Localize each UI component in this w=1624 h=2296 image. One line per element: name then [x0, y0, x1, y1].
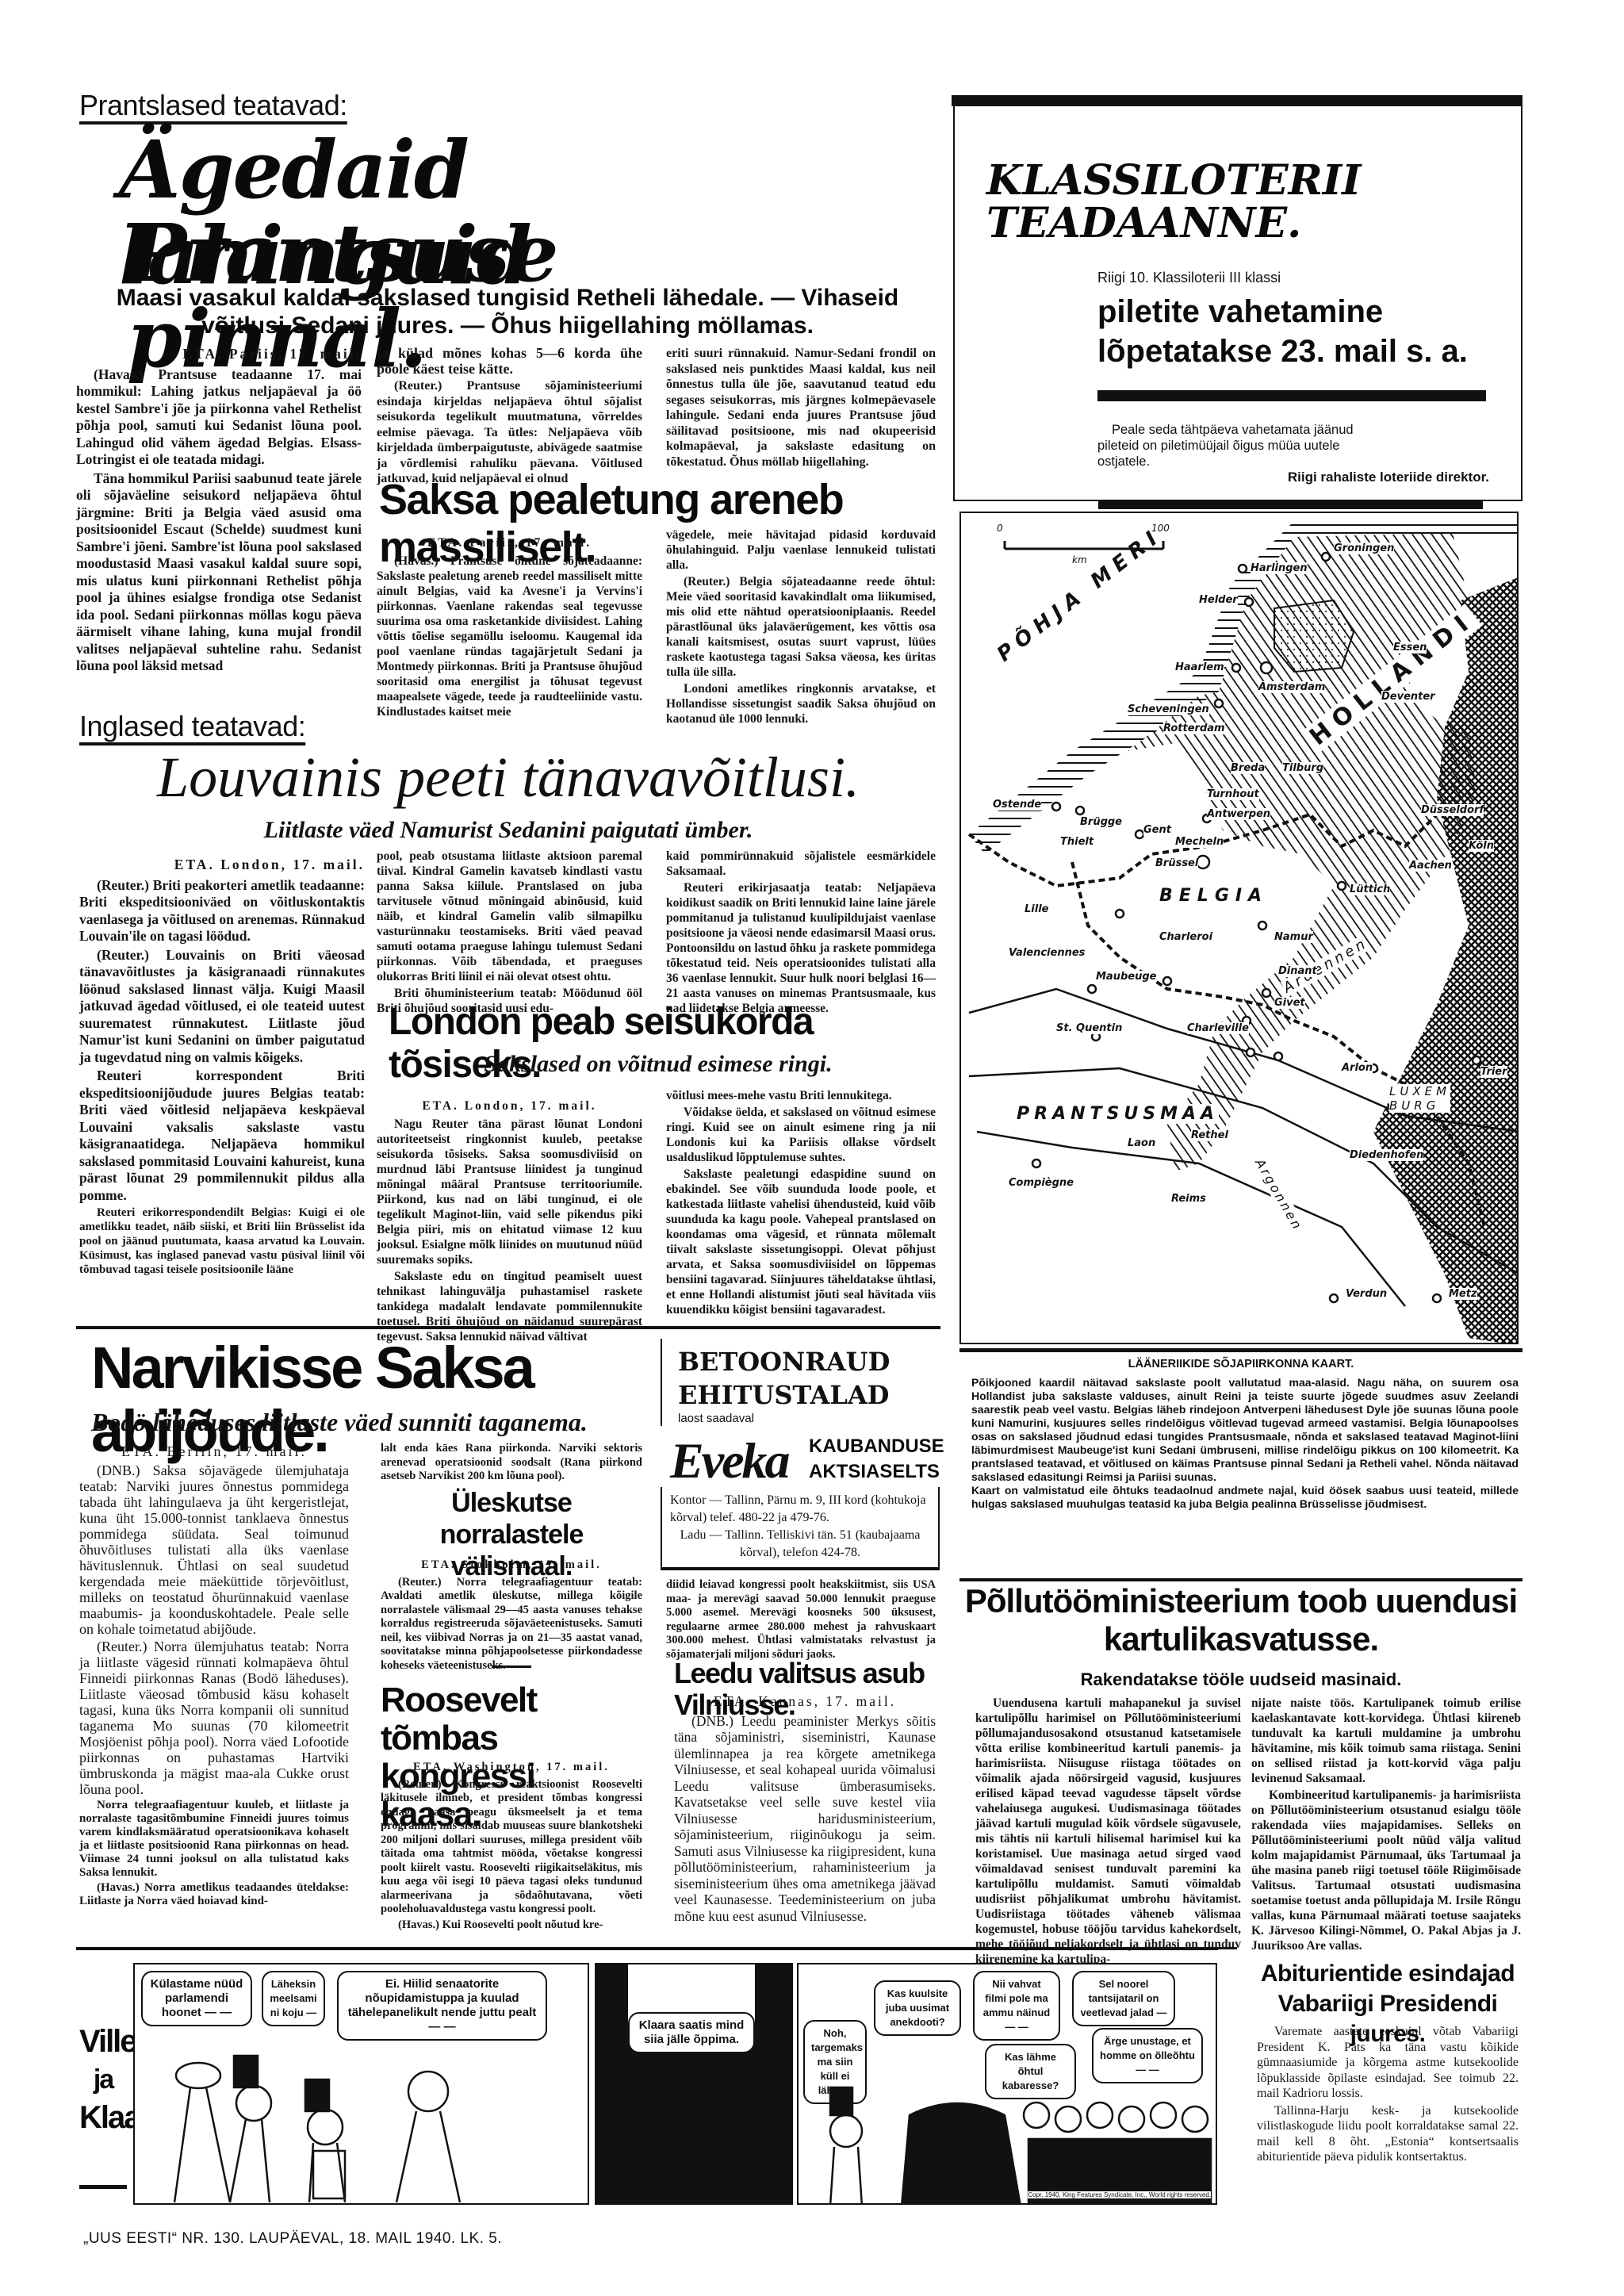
subhead-potato: Rakendatakse tööle uudseid masinaid.	[959, 1669, 1522, 1690]
city-label: Charleroi	[1159, 930, 1212, 944]
dateline: ETA. London, 17. mail.	[377, 1098, 642, 1114]
paragraph: (Reuter.) Louvainis on Briti väeosad tän…	[79, 947, 365, 1067]
ad-lottery-intro: Riigi 10. Klassiloterii III klassi	[1097, 270, 1281, 286]
city-label: Essen	[1393, 640, 1427, 654]
dateline: ETA. Stokholm, 17. mail.	[381, 1558, 642, 1573]
comic-title-3: Klaara	[79, 2099, 127, 2137]
paragraph: (Reuter.) Belgia sõjateadaanne reede õht…	[666, 574, 936, 680]
article-roosevelt-col2: diidid leiavad kongressi poolt heakskiit…	[666, 1578, 936, 1663]
article-graduates: Varemate aastate eeskujul võtab Vabariig…	[1257, 2024, 1519, 2167]
ad-lottery-bar	[1097, 390, 1486, 401]
city-label: Trier	[1480, 1064, 1507, 1079]
ad-lottery-title-1: KLASSILOTERII	[986, 159, 1361, 203]
city-label: Brüssel	[1155, 856, 1198, 870]
ad-concrete-logo: Eveka	[670, 1432, 788, 1490]
headline-potato-2: kartulikasvatusse.	[959, 1620, 1522, 1658]
ad-company-1: KAUBANDUSE	[809, 1434, 944, 1459]
paragraph: ja külad mõnes kohas 5—6 korda ühe poole…	[377, 346, 642, 377]
city-label: Thielt	[1060, 834, 1094, 849]
paragraph: vägedele, meie hävitajad pidasid korduva…	[666, 527, 936, 573]
paragraph: (Havas.) Prantsuse õhtune sõjateadaanne:…	[377, 554, 642, 719]
paragraph: Kombineeritud kartulipanemis- ja harimis…	[1251, 1788, 1521, 1953]
comic-title-rule	[79, 2185, 127, 2189]
ad-lottery: KLASSILOTERII TEADAANNE. Riigi 10. Klass…	[953, 105, 1522, 501]
article-roosevelt-col1: ETA. Washington, 17. mail. (Reuter.) Kon…	[381, 1761, 642, 1934]
dateline: ETA. Kaunas, 17. mail.	[674, 1693, 936, 1710]
paragraph: (Havas.) Prantsuse teadaanne 17. mai hom…	[76, 366, 362, 469]
city-label: Lüttich	[1350, 882, 1390, 896]
headline-potato: Põllutööministeerium toob uuendusi kartu…	[959, 1582, 1522, 1658]
paragraph: Sakslaste edu on tingitud peamiselt uues…	[377, 1269, 642, 1344]
paragraph: (Havas.) Norra ametlikus teadaandes ütel…	[79, 1881, 349, 1908]
city-label: Aachen	[1409, 858, 1452, 872]
dateline: ETA. Berliin, 17. mail.	[79, 1443, 349, 1459]
city-label: Charleville	[1187, 1021, 1249, 1035]
speech-bubble: Külastame nüüd parlamendi hoonet — —	[141, 1971, 252, 2026]
comic-panel-2: Klaara saatis mind siia jälle õppima.	[595, 1963, 793, 2205]
city-label: Namur	[1274, 930, 1313, 944]
paragraph: (Reuter.) Norra ülemjuhatus teatab: Norr…	[79, 1639, 349, 1797]
dateline: ETA. Washington, 17. mail.	[381, 1761, 642, 1775]
speech-bubble: Läheksin meelsami ni koju —	[262, 1971, 325, 2026]
city-label: Metz	[1449, 1286, 1477, 1301]
city-label: Helder	[1199, 592, 1238, 607]
speech-bubble: Ärge unustage, et homme on õlleõhtu — —	[1092, 2028, 1203, 2083]
ad-lottery-headline-2: lõpetatakse 23. mail s. a.	[1097, 333, 1468, 370]
paragraph: lalt enda käes Rana piirkonda. Narviki s…	[381, 1442, 642, 1484]
paragraph: pool, peab otsustama liitlaste aktsioon …	[377, 849, 642, 984]
city-label: Tilburg	[1282, 761, 1323, 775]
city-label: Deventer	[1381, 689, 1435, 703]
map-caption: Põikjooned kaardil näitavad sakslaste po…	[971, 1376, 1519, 1511]
paragraph: (Reuter.) Kongressi reaktsioonist Roosev…	[381, 1778, 642, 1917]
ad-concrete-address: Kontor — Tallinn, Pärnu m. 9, III kord (…	[661, 1487, 940, 1570]
section-rule	[76, 1326, 940, 1329]
paragraph: (Reuter.) Briti peakorteri ametlik teada…	[79, 877, 365, 945]
article-london-col2: võitlusi mees-mehe vastu Briti lennukite…	[666, 1088, 936, 1319]
city-label: Laon	[1128, 1136, 1155, 1150]
article-britain-col3: kaid pommirünnakuid sõjalistele eesmärki…	[666, 849, 936, 1018]
comic-title: Villem ja Klaara	[79, 2022, 127, 2137]
paragraph: Sakslaste pealetungi edaspidine suund on…	[666, 1167, 936, 1317]
speech-bubble: Kas kuulsite juba uusimat anekdooti?	[874, 1980, 961, 2036]
kicker-france: Prantslased teatavad:	[79, 89, 347, 122]
article-massive-col2: vägedele, meie hävitajad pidasid korduva…	[666, 527, 936, 728]
city-label: Gent	[1143, 822, 1171, 837]
ad-address-2: Ladu — Tallinn. Telliskivi tän. 51 (kaub…	[670, 1527, 930, 1562]
subhead-france: Maasi vasakul kaldal sakslased tungisid …	[79, 284, 936, 339]
comic-copyright: Copr. 1940, King Features Syndicate, Inc…	[1028, 2191, 1211, 2198]
city-label: Amsterdam	[1258, 680, 1325, 694]
article-britain-col2: pool, peab otsustama liitlaste aktsioon …	[377, 849, 642, 1018]
paragraph: Täna hommikul Pariisi saabunud teate jär…	[76, 470, 362, 675]
paragraph: Uuendusena kartuli mahapanekul ja suvise…	[975, 1696, 1241, 1967]
city-label: Rotterdam	[1163, 721, 1225, 735]
city-label: Arlon	[1342, 1060, 1373, 1075]
map-scale-start: 0	[997, 523, 1003, 534]
speech-bubble: Sel noorel tantsijataril on veetlevad ja…	[1072, 1971, 1175, 2026]
city-label: Givet	[1274, 995, 1305, 1010]
speech-bubble: Ei. Hiilid senaatorite nõupidamistuppa j…	[337, 1971, 547, 2041]
article-potato-col2: nijate naiste töös. Kartulipanek toimub …	[1251, 1696, 1521, 1955]
article-france-col2: ja külad mõnes kohas 5—6 korda ühe poole…	[377, 346, 642, 489]
map-bottom-rule	[959, 1348, 1522, 1352]
map-caption-p2: Kaart on valmistatud eile õhtuks teadaol…	[971, 1484, 1519, 1511]
paragraph: Varemate aastate eeskujul võtab Vabariig…	[1257, 2024, 1519, 2102]
article-potato-col1: Uuendusena kartuli mahapanekul ja suvise…	[975, 1696, 1241, 1968]
article-britain-col1: ETA. London, 17. mail. (Reuter.) Briti p…	[79, 857, 365, 1278]
map-top-bar	[1098, 501, 1483, 509]
city-label: Köln	[1469, 838, 1494, 853]
city-label: Maubeuge	[1096, 969, 1156, 983]
article-lithuania: ETA. Kaunas, 17. mail. (DNB.) Leedu peam…	[674, 1693, 936, 1926]
comic-panel-3: Noh, targemaks ma siin küll ei lähe — Ka…	[797, 1963, 1217, 2205]
city-label: Scheveningen	[1128, 702, 1209, 716]
city-label: Turnhout	[1207, 787, 1259, 801]
paragraph: eriti suuri rünnakuid. Namur-Sedani fron…	[666, 346, 936, 470]
paragraph: Võidakse öelda, et sakslased on võitnud …	[666, 1105, 936, 1165]
ad-company-2: AKTSIASELTS	[809, 1459, 944, 1485]
speech-bubble: Nii vahvat filmi pole ma ammu näinud — —	[973, 1971, 1060, 2041]
city-label: St. Quentin	[1056, 1021, 1122, 1035]
paragraph: (Havas.) Kui Roosevelti poolt nõutud kre…	[381, 1918, 642, 1933]
paragraph: Reuteri erikorrespondendilt Belgias: Kui…	[79, 1205, 365, 1277]
city-label: Reims	[1171, 1191, 1206, 1205]
paragraph: Norra telegraafiagentuur kuuleb, et liit…	[79, 1799, 349, 1880]
headline-britain: Louvainis peeti tänavavõitlusi.	[76, 746, 940, 809]
city-label: Rethel	[1191, 1128, 1228, 1142]
city-label: Dinant	[1278, 964, 1317, 978]
section-rule	[959, 1578, 1522, 1581]
headline-potato-1: Põllutööministeerium toob uuendusi	[959, 1582, 1522, 1620]
divider	[492, 1665, 531, 1668]
map-label-luxembourg: LUXEMBURG	[1389, 1084, 1450, 1113]
article-massive-col1: ETA. Pariis, 17. mail. (Havas.) Prantsus…	[377, 535, 642, 721]
city-label: Harlingen	[1251, 561, 1308, 575]
paragraph: (Reuter.) Prantsuse sõjaministeeriumi es…	[377, 378, 642, 487]
ad-border	[661, 1339, 662, 1426]
paragraph: diidid leiavad kongressi poolt heakskiit…	[666, 1578, 936, 1662]
city-label: Lille	[1025, 902, 1048, 916]
city-label: Düsseldorf	[1421, 803, 1484, 817]
subhead-narvik: Bodö läheduses liitlaste väed sunniti ta…	[91, 1408, 630, 1437]
city-label: Antwerpen	[1207, 807, 1270, 821]
ad-concrete-note: laost saadaval	[678, 1412, 754, 1425]
paragraph: kaid pommirünnakuid sõjalistele eesmärki…	[666, 849, 936, 879]
article-narvik-col1: ETA. Berliin, 17. mail. (DNB.) Saksa sõj…	[79, 1443, 349, 1910]
ad-concrete-title-1: BETOONRAUD	[678, 1345, 890, 1378]
city-label: Diedenhofen	[1350, 1148, 1423, 1162]
paragraph: (DNB.) Saksa sõjavägede ülemjuhataja tea…	[79, 1462, 349, 1637]
city-label: Verdun	[1346, 1286, 1387, 1301]
subhead-britain: Liitlaste väed Namurist Sedanini paiguta…	[76, 817, 940, 844]
comic-panel-1: Külastame nüüd parlamendi hoonet — — Läh…	[133, 1963, 589, 2205]
city-label: Breda	[1231, 761, 1265, 775]
city-label: Compiègne	[1009, 1175, 1074, 1190]
comic-figures-illustration	[135, 2052, 589, 2205]
city-label: Haarlem	[1175, 660, 1224, 674]
lux-1: LUXEM	[1389, 1084, 1450, 1098]
comic-title-2: ja	[79, 2060, 127, 2099]
ad-lottery-signature: Riigi rahaliste loteriide direktor.	[1288, 470, 1489, 485]
headline-graduates-1: Abiturientide esindajad	[1253, 1959, 1522, 1989]
article-france-col1: ETA. Pariis, 17. mail. (Havas.) Prantsus…	[76, 346, 362, 677]
comic-title-1: Villem	[79, 2022, 127, 2060]
page-footer: „UUS EESTI“ NR. 130. LAUPÄEVAL, 18. MAIL…	[83, 2230, 502, 2248]
ad-concrete-title: BETOONRAUD EHITUSTALAD	[678, 1345, 890, 1412]
subhead-london: Sakslased on võitnud esimese ringi.	[377, 1051, 940, 1078]
map-caption-p1: Põikjooned kaardil näitavad sakslaste po…	[971, 1376, 1519, 1484]
city-label: Valenciennes	[1009, 945, 1085, 960]
article-norway-appeal: ETA. Stokholm, 17. mail. (Reuter.) Norra…	[381, 1558, 642, 1674]
paragraph: võitlusi mees-mehe vastu Briti lennukite…	[666, 1088, 936, 1103]
ad-lottery-body: Peale seda tähtpäeva vahetamata jäänud p…	[1097, 422, 1367, 470]
ad-lottery-headline-1: piletite vahetamine	[1097, 293, 1383, 330]
comic-crowd-illustration	[799, 2083, 1217, 2205]
article-london-col1: ETA. London, 17. mail. Nagu Reuter täna …	[377, 1098, 642, 1346]
map-title: LÄÄNERIIKIDE SÕJAPIIRKONNA KAART.	[959, 1358, 1522, 1370]
city-label: Mecheln	[1175, 834, 1224, 849]
ad-concrete-title-2: EHITUSTALAD	[678, 1378, 890, 1412]
city-label: Brügge	[1080, 815, 1122, 829]
map-label-france: PRANTSUSMAA	[1017, 1104, 1219, 1124]
kicker-britain: Inglased teatavad:	[79, 710, 305, 743]
dateline: ETA. Pariis, 17. mail.	[76, 346, 362, 363]
city-label: Ostende	[993, 797, 1041, 811]
dateline: ETA. Pariis, 17. mail.	[377, 535, 642, 550]
war-map: 0 100 km PÕHJA MERI HOLLANDI BELGIA PRAN…	[959, 512, 1519, 1344]
ad-address-1: Kontor — Tallinn, Pärnu m. 9, III kord (…	[670, 1492, 930, 1527]
city-label: Groningen	[1334, 541, 1394, 555]
ad-lottery-title-2: TEADAANNE.	[986, 201, 1301, 246]
paragraph: Londoni ametlikes ringkonnis arvatakse, …	[666, 681, 936, 726]
paragraph: (Reuter.) Norra telegraafiagentuur teata…	[381, 1576, 642, 1673]
speech-bubble: Klaara saatis mind siia jälle õppima.	[628, 2012, 755, 2053]
paragraph: (DNB.) Leedu peaminister Merkys sõitis t…	[674, 1713, 936, 1925]
map-label-belgium: BELGIA	[1159, 886, 1268, 906]
dateline: ETA. London, 17. mail.	[79, 857, 365, 874]
comic-top-rule	[76, 1947, 1218, 1950]
paragraph: Nagu Reuter täna pärast lõunat Londoni a…	[377, 1117, 642, 1267]
article-narvik-col2: lalt enda käes Rana piirkonda. Narviki s…	[381, 1442, 642, 1485]
map-scale-unit: km	[1072, 554, 1087, 565]
paragraph: Reuteri korrespondent Briti ekspeditsioo…	[79, 1068, 365, 1204]
lux-2: BURG	[1389, 1098, 1450, 1113]
paragraph: Reuteri erikirjasaatja teatab: Neljapäev…	[666, 880, 936, 1016]
paragraph: Tallinna-Harju kesk- ja kutsekoolide vil…	[1257, 2103, 1519, 2165]
ad-concrete-company: KAUBANDUSE AKTSIASELTS	[809, 1434, 944, 1485]
article-france-col3: eriti suuri rünnakuid. Namur-Sedani fron…	[666, 346, 936, 471]
paragraph: nijate naiste töös. Kartulipanek toimub …	[1251, 1696, 1521, 1786]
